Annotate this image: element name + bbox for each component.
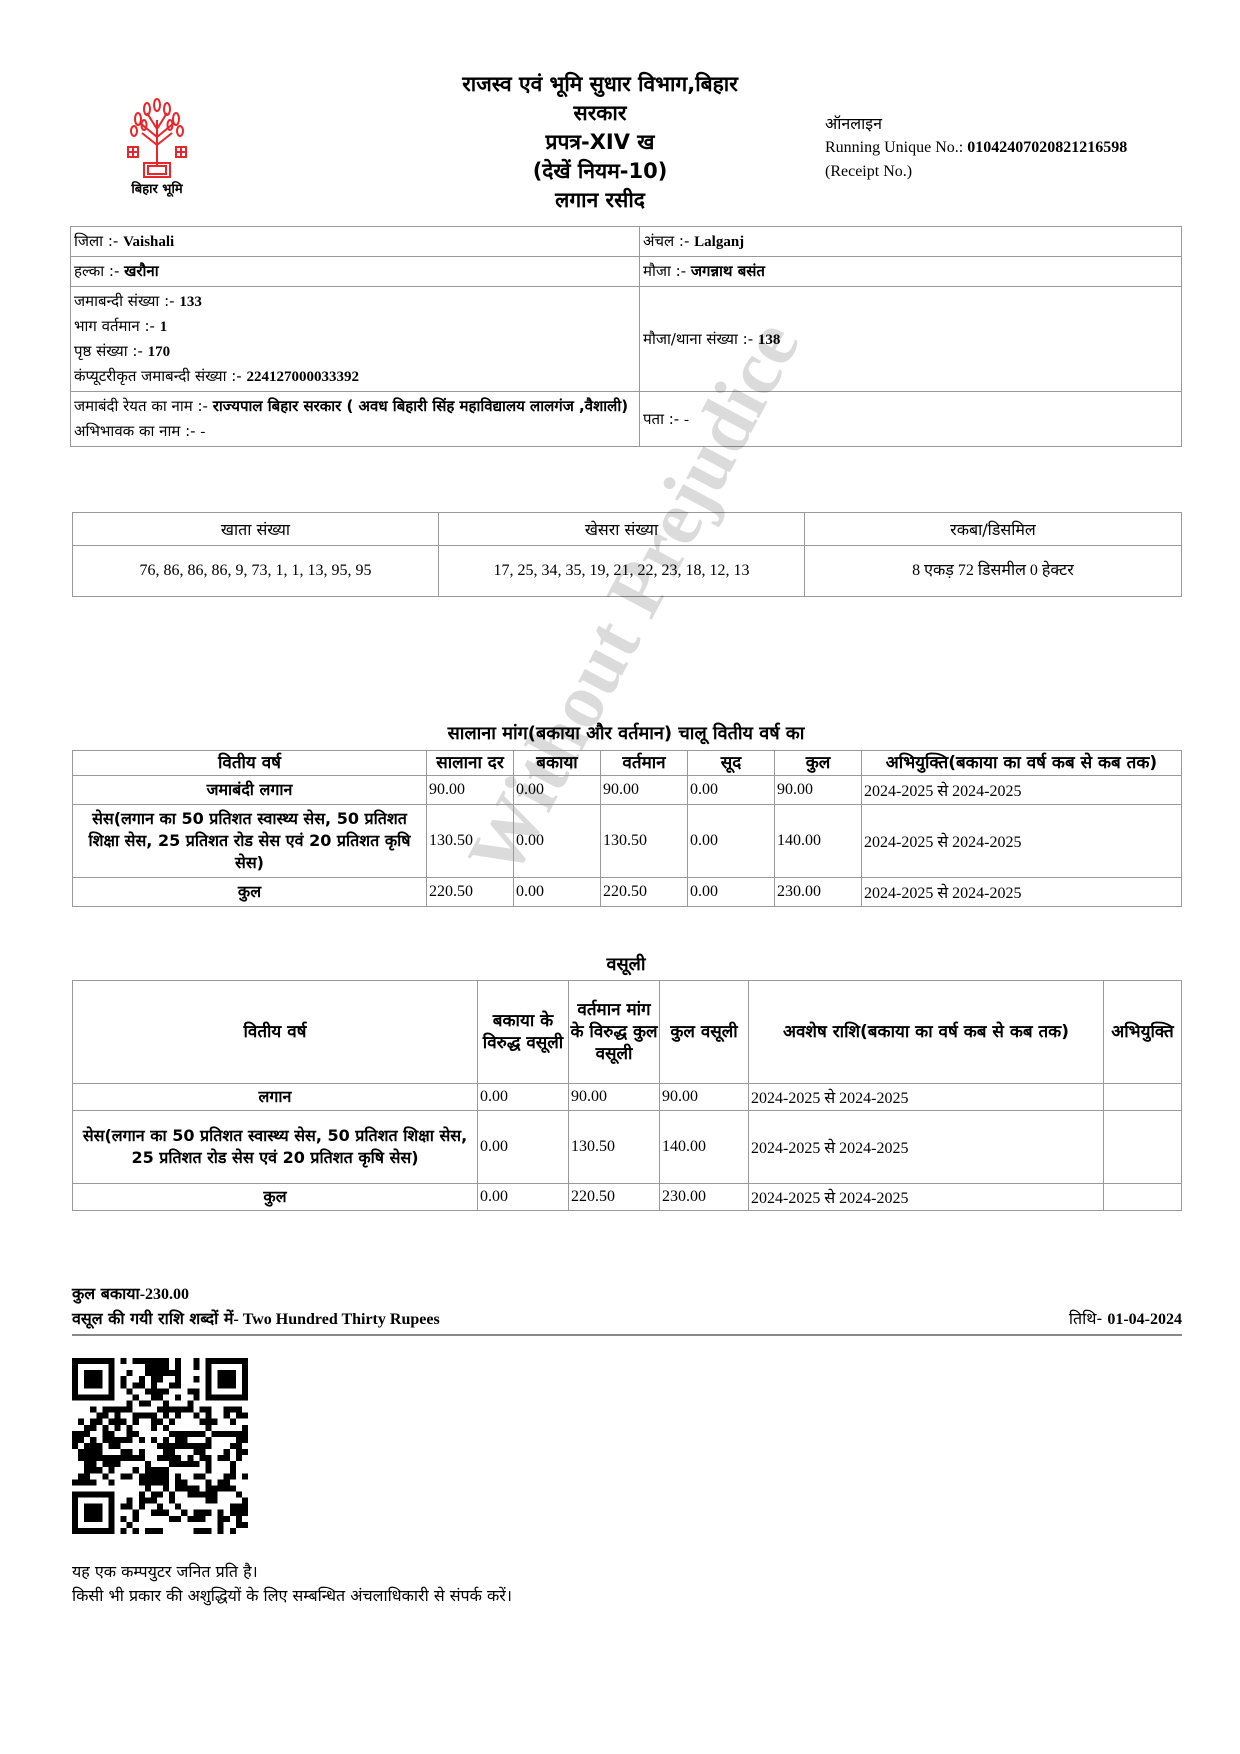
cell-value: 140.00 [660,1111,749,1184]
cell-value: 2024-2025 से 2024-2025 [862,805,1182,878]
cell-value: 90.00 [569,1084,660,1111]
cell-value: 0.00 [688,878,775,907]
table-row: कुल220.500.00220.500.00230.002024-2025 स… [73,878,1182,907]
total-due-value: -230.00 [140,1286,189,1303]
cell-value: 130.50 [601,805,688,878]
table-row: लगान0.0090.0090.002024-2025 से 2024-2025 [73,1084,1182,1111]
col-header: सूद [688,751,775,776]
col-header: बकाया [514,751,601,776]
table-row: कुल0.00220.50230.002024-2025 से 2024-202… [73,1184,1182,1211]
cell-value: 230.00 [660,1184,749,1211]
tree-emblem-icon [122,95,192,181]
table-row: सेस(लगान का 50 प्रतिशत स्वास्थ्य सेस, 50… [73,805,1182,878]
qr-code-icon [72,1358,248,1534]
bihar-bhumi-logo: बिहार भूमि [112,95,202,205]
guardian-label: अभिभावक का नाम :- [74,422,200,440]
district-value: Vaishali [123,234,174,250]
total-due-label: कुल बकाया [72,1284,140,1303]
demand-title: सालाना मांग(बकाया और वर्तमान) चालू वितीय… [70,721,1182,745]
cell-value: 2024-2025 से 2024-2025 [749,1184,1104,1211]
info-table: जिला :- Vaishali अंचल :- Lalganj हल्का :… [70,226,1182,447]
collection-title: वसूली [70,952,1182,976]
circle-value: Lalganj [694,234,744,250]
cell-value: 130.50 [569,1111,660,1184]
cell-value: 140.00 [775,805,862,878]
row-label: जमाबंदी लगान [73,776,427,805]
cell-value: 0.00 [688,805,775,878]
comp-jamabandi-value: 224127000033392 [246,369,359,385]
online-label: ऑनलाइन [825,112,1127,136]
col-header: बकाया के विरुद्ध वसूली [478,981,569,1084]
mauja-value: जगन्नाथ बसंत [691,262,765,280]
cell-value: 0.00 [514,878,601,907]
raiyat-label: जमाबंदी रेयत का नाम :- [74,397,213,415]
cell-value [1104,1111,1182,1184]
cell-value: 0.00 [478,1111,569,1184]
cell-value: 2024-2025 से 2024-2025 [862,878,1182,907]
guardian-value: - [200,424,205,440]
mauja-label: मौजा :- [643,262,691,280]
table-row: जमाबंदी लगान90.000.0090.000.0090.002024-… [73,776,1182,805]
col-header: अभियुक्ति(बकाया का वर्ष कब से कब तक) [862,751,1182,776]
cell-value [1104,1084,1182,1111]
row-label: कुल [73,1184,478,1211]
amount-words-label: वसूल की गयी राशि शब्दों में [72,1309,233,1328]
cell-value: 2024-2025 से 2024-2025 [749,1084,1104,1111]
date-label: तिथि- [1069,1309,1108,1328]
col-header: वर्तमान [601,751,688,776]
rakba-value: 8 एकड़ 72 डिसमील 0 हेक्टर [804,546,1181,597]
col-header: वितीय वर्ष [73,751,427,776]
row-label: लगान [73,1084,478,1111]
cell-value: 90.00 [601,776,688,805]
amount-words-value: - Two Hundred Thirty Rupees [233,1311,439,1328]
col-header: कुल वसूली [660,981,749,1084]
cell-value: 0.00 [514,776,601,805]
cell-value: 230.00 [775,878,862,907]
khata-numbers: 76, 86, 86, 86, 9, 73, 1, 1, 13, 95, 95 [73,546,439,597]
running-unique-value: 01042407020821216598 [967,139,1127,156]
cell-value: 90.00 [660,1084,749,1111]
halka-label: हल्का :- [74,262,124,280]
cell-value: 220.50 [427,878,514,907]
cell-value: 2024-2025 से 2024-2025 [862,776,1182,805]
col-rakba: रकबा/डिसमिल [804,513,1181,546]
row-label: सेस(लगान का 50 प्रतिशत स्वास्थ्य सेस, 50… [73,1111,478,1184]
title-line: सरकार [380,99,820,128]
page-label: पृष्ठ संख्या :- [74,342,148,360]
receipt-label: (Receipt No.) [825,160,1127,184]
cell-value: 0.00 [478,1184,569,1211]
jamabandi-value: 133 [179,294,202,310]
row-label: कुल [73,878,427,907]
running-unique-label: Running Unique No.: [825,139,967,156]
title-line: प्रपत्र-XIV ख [380,128,820,157]
comp-jamabandi-label: कंप्यूटरीकृत जमाबन्दी संख्या :- [74,367,246,385]
title-line: (देखें नियम-10) [380,157,820,186]
col-header: अभियुक्ति [1104,981,1182,1084]
footer-line: यह एक कम्पयुटर जनित प्रति है। [72,1560,512,1584]
receipt-id-block: ऑनलाइन Running Unique No.: 0104240702082… [825,112,1127,184]
table-row: सेस(लगान का 50 प्रतिशत स्वास्थ्य सेस, 50… [73,1111,1182,1184]
cell-value: 130.50 [427,805,514,878]
title-line: राजस्व एवं भूमि सुधार विभाग,बिहार [380,70,820,99]
bhag-value: 1 [160,319,168,335]
title-line: लगान रसीद [380,186,820,215]
logo-caption: बिहार भूमि [112,179,202,197]
row-label: सेस(लगान का 50 प्रतिशत स्वास्थ्य सेस, 50… [73,805,427,878]
halka-value: खरौना [124,262,159,280]
jamabandi-label: जमाबन्दी संख्या :- [74,292,179,310]
col-header: वितीय वर्ष [73,981,478,1084]
cell-value [1104,1184,1182,1211]
col-header: अवशेष राशि(बकाया का वर्ष कब से कब तक) [749,981,1104,1084]
cell-value: 220.50 [601,878,688,907]
cell-value: 0.00 [688,776,775,805]
col-header: कुल [775,751,862,776]
cell-value: 2024-2025 से 2024-2025 [749,1111,1104,1184]
footer-notes: यह एक कम्पयुटर जनित प्रति है। किसी भी प्… [72,1560,512,1608]
raiyat-value: राज्यपाल बिहार सरकार ( अवध बिहारी सिंह म… [213,397,628,415]
cell-value: 220.50 [569,1184,660,1211]
col-header: वर्तमान मांग के विरुद्ध कुल वसूली [569,981,660,1084]
col-khata: खाता संख्या [73,513,439,546]
cell-value: 90.00 [775,776,862,805]
cell-value: 0.00 [514,805,601,878]
circle-label: अंचल :- [643,232,694,250]
summary-block: कुल बकाया-230.00 वसूल की गयी राशि शब्दों… [72,1282,1182,1336]
district-label: जिला :- [74,232,123,250]
cell-value: 0.00 [478,1084,569,1111]
cell-value: 90.00 [427,776,514,805]
collection-table: वितीय वर्ष बकाया के विरुद्ध वसूली वर्तमा… [72,980,1182,1211]
col-header: सालाना दर [427,751,514,776]
date-value: 01-04-2024 [1107,1311,1182,1328]
bhag-label: भाग वर्तमान :- [74,317,160,335]
page-value: 170 [148,344,171,360]
demand-table: वितीय वर्ष सालाना दर बकाया वर्तमान सूद क… [72,750,1182,907]
footer-line: किसी भी प्रकार की अशुद्धियों के लिए सम्ब… [72,1584,512,1608]
document-title: राजस्व एवं भूमि सुधार विभाग,बिहार सरकार … [380,70,820,215]
